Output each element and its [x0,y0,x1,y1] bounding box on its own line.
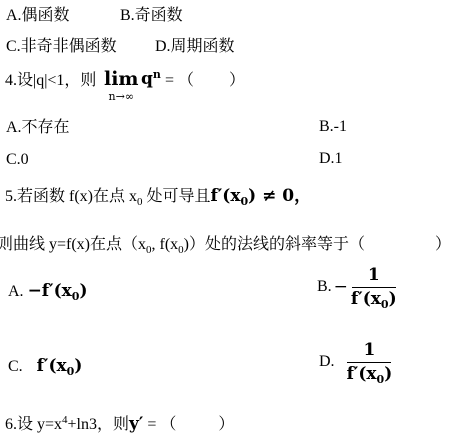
q5-stem-line1: 5.若函数 f(x)在点 x0 处可导且f′(x0) ≠ 0， [5,186,311,207]
q5-option-c: C.f′(x0) [8,356,82,377]
q4-equals-open-paren: = （ [165,71,194,91]
q4-close-paren: ） [229,71,245,91]
q5-option-c-math-head: f′(x [37,356,67,376]
q6-stem: 6.设 y=x4+ln3，则y′= （） [5,414,234,435]
q5-stem1-math-sub: 0 [241,195,249,208]
q6-math: y′ [129,414,143,434]
q5-stem1-text2: 处可导且 [143,188,211,205]
q6-equals-open-paren: = （ [147,416,176,433]
q3-option-a: A.偶函数 [6,6,70,26]
q5-option-d-numerator: 1 [347,341,391,363]
q5-option-b-den-sub: 0 [381,298,389,311]
q3-option-b: B.奇函数 [120,6,183,26]
q5-option-c-math: f′(x0) [37,356,83,376]
q5-option-d: D. 1 f′(x0) [319,341,392,383]
q4-option-a: A.不存在 [6,118,70,138]
q6-stem-text-a: 6.设 y=x [5,416,62,433]
q5-option-b-numerator: 1 [352,266,396,288]
q5-stem1-math-tail: ) ≠ 0， [248,186,311,206]
q4-lim-word: lim [104,70,139,89]
q5-option-b: B. − 1 f′(x0) [317,266,397,308]
q5-option-d-den-tail: ) [384,364,392,384]
q6-close-paren: ） [218,416,234,433]
q5-option-a-math-head: −f′(x [28,281,72,301]
q5-option-a-label: A. [8,283,24,300]
q5-stem2-text2: , f(x [152,236,179,253]
q5-option-d-fraction: 1 f′(x0) [347,341,393,383]
q5-option-b-den-tail: ) [389,289,397,309]
q5-option-d-denominator: f′(x0) [347,363,393,384]
q4-limit-expression: qn [141,69,161,89]
q4-lim-subscript: n→∞ [109,91,134,102]
q4-option-b: B.-1 [319,117,347,137]
q5-option-a: A.−f′(x0) [8,281,87,302]
q5-stem1-math: f′(x0) ≠ 0， [211,186,312,206]
q3-option-c: C.非奇非偶函数 [6,37,117,57]
q5-stem2-close-paren: ） [435,236,450,253]
q4-limit-block: lim n→∞ [104,70,139,102]
q5-stem1-text: 5.若函数 f(x)在点 x [5,188,137,205]
exam-document-page: A.偶函数 B.奇函数 C.非奇非偶函数 D.周期函数 4.设|q|<1，则 l… [0,0,450,441]
q5-option-c-math-tail: ) [74,356,82,376]
q5-option-d-den-head: f′(x [347,364,377,384]
q5-stem-line2: 则曲线 y=f(x)在点（x0, f(x0)）处的法线的斜率等于（） [0,235,450,255]
q5-stem2-text3: )）处的法线的斜率等于（ [184,236,365,253]
q5-option-b-den-head: f′(x [351,289,381,309]
q5-stem1-math-head: f′(x [211,186,241,206]
q4-expr-base: q [141,69,153,89]
q5-option-b-denominator: f′(x0) [351,288,397,309]
q5-option-a-math: −f′(x0) [28,281,88,301]
q4-stem-prefix: 4.设|q|<1，则 [5,71,96,91]
q5-option-d-label: D. [319,352,335,372]
q5-option-c-label: C. [8,358,23,375]
q5-option-b-label: B. [317,277,332,297]
q6-stem-text-b: +ln3，则 [68,416,129,433]
q4-expr-exponent: n [153,68,161,81]
q4-option-d: D.1 [319,149,343,169]
q5-option-b-minus: − [334,277,348,297]
q4-option-c: C.0 [6,150,29,170]
q5-option-a-math-tail: ) [79,281,87,301]
q3-option-d: D.周期函数 [155,37,235,57]
q5-option-b-fraction: 1 f′(x0) [351,266,397,308]
q5-stem2-text: 则曲线 y=f(x)在点（x [0,236,146,253]
